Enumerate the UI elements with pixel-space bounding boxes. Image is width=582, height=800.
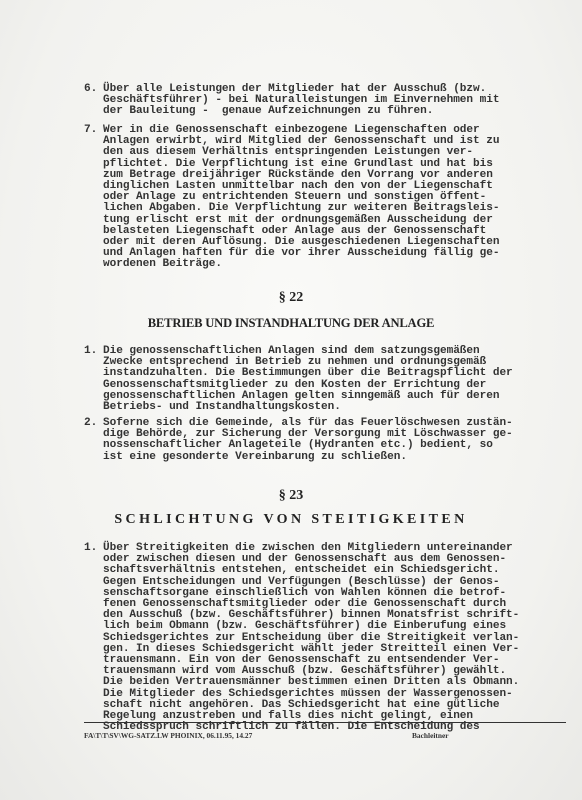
item-body: Die genossenschaftlichen Anlagen sind de… bbox=[103, 346, 513, 413]
text-line: lich beim Obmann (bzw. Geschäftsführer) … bbox=[103, 621, 519, 632]
footer-divider bbox=[84, 722, 566, 723]
item-body: Soferne sich die Gemeinde, als für das F… bbox=[103, 418, 513, 463]
item-body: Über Streitigkeiten die zwischen den Mit… bbox=[103, 543, 519, 733]
section-23-number: § 23 bbox=[0, 488, 582, 504]
text-line: instandzuhalten. Die Bestimmungen über d… bbox=[103, 368, 513, 379]
text-line: ist eine gesonderte Vereinbarung zu schl… bbox=[103, 452, 513, 463]
section-22-title: BETRIEB UND INSTANDHALTUNG DER ANLAGE bbox=[0, 316, 582, 331]
text-line: lichen Abgaben. Die Verpflichtung zur we… bbox=[103, 203, 499, 214]
footer-file-info: FA\T\T\SV\WG-SATZ.LW PHOINIX, 06.11.95, … bbox=[84, 731, 252, 740]
scanned-page: 6. Über alle Leistungen der Mitglieder h… bbox=[0, 0, 582, 800]
section-22-number: § 22 bbox=[0, 290, 582, 306]
section-23-title: SCHLICHTUNG VON STEITIGKEITEN bbox=[0, 512, 582, 528]
footer-author: Bachleitner bbox=[412, 731, 449, 740]
text-line: der Bauleitung - genaue Aufzeichnungen z… bbox=[103, 106, 499, 117]
item-number: 2. bbox=[84, 418, 104, 429]
item-body: Wer in die Genossenschaft einbezogene Li… bbox=[103, 125, 499, 271]
item-number: 1. bbox=[84, 346, 104, 357]
text-line: schaftsverhältnis entstehen, entscheidet… bbox=[103, 565, 519, 576]
text-line: Betriebs- und Instandhaltungskosten. bbox=[103, 402, 513, 413]
text-line: Die beiden Vertrauensmänner bestimmen ei… bbox=[103, 677, 519, 688]
text-line: wordenen Beiträge. bbox=[103, 259, 499, 270]
item-number: 6. bbox=[84, 84, 104, 95]
text-line: den aus diesem Verhältnis entspringenden… bbox=[103, 147, 499, 158]
text-line: nossenschaftlicher Anlageteile (Hydrante… bbox=[103, 440, 513, 451]
item-body: Über alle Leistungen der Mitglieder hat … bbox=[103, 84, 499, 118]
item-number: 7. bbox=[84, 125, 104, 136]
item-number: 1. bbox=[84, 543, 104, 554]
